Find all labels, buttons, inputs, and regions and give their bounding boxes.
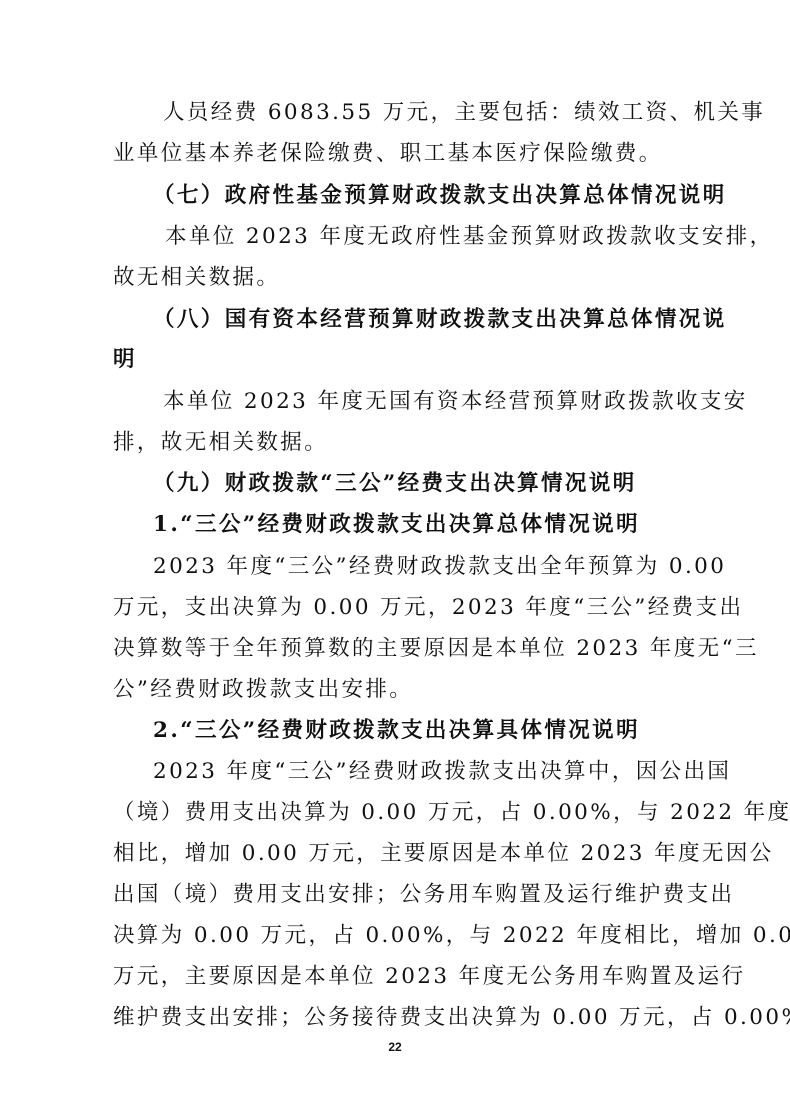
text-line: 万元，支出决算为 0.00 万元，2023 年度“三公”经费支出	[113, 594, 673, 622]
section-heading-line: （八）国有资本经营预算财政拨款支出决算总体情况说	[153, 306, 673, 334]
text-line: 决算数等于全年预算数的主要原因是本单位 2023 年度无“三	[113, 635, 673, 663]
text-line: 本单位 2023 年度无政府性基金预算财政拨款收支安排，	[165, 223, 673, 251]
text-line: （境）费用支出决算为 0.00 万元，占 0.00%，与 2022 年度	[113, 799, 673, 827]
text-line: 故无相关数据。	[113, 264, 673, 292]
text-line: 2023 年度“三公”经费财政拨款支出决算中，因公出国	[153, 758, 673, 786]
text-line: 排，故无相关数据。	[113, 429, 673, 457]
section-heading-line: 明	[113, 346, 673, 374]
text-line: 决算为 0.00 万元，占 0.00%，与 2022 年度相比，增加 0.00	[113, 922, 673, 950]
text-line: 本单位 2023 年度无国有资本经营预算财政拨款收支安	[163, 388, 673, 416]
text-line: 维护费支出安排；公务接待费支出决算为 0.00 万元，占 0.00%，	[113, 1004, 673, 1032]
text-line: 2023 年度“三公”经费财政拨款支出全年预算为 0.00	[153, 553, 673, 581]
text-line: 相比，增加 0.00 万元，主要原因是本单位 2023 年度无因公	[113, 840, 673, 868]
section-heading-line: （七）政府性基金预算财政拨款支出决算总体情况说明	[153, 182, 673, 210]
page-number: 22	[0, 1040, 790, 1054]
section-heading-line: （九）财政拨款“三公”经费支出决算情况说明	[153, 470, 673, 498]
section-heading-line: 1.“三公”经费财政拨款支出决算总体情况说明	[153, 511, 673, 539]
text-line: 万元，主要原因是本单位 2023 年度无公务用车购置及运行	[113, 963, 673, 991]
text-line: 人员经费 6083.55 万元，主要包括：绩效工资、机关事	[163, 99, 673, 127]
text-line: 公”经费财政拨款支出安排。	[113, 676, 673, 704]
section-heading-line: 2.“三公”经费财政拨款支出决算具体情况说明	[153, 717, 673, 745]
text-line: 业单位基本养老保险缴费、职工基本医疗保险缴费。	[113, 140, 673, 168]
document-page: 人员经费 6083.55 万元，主要包括：绩效工资、机关事业单位基本养老保险缴费…	[0, 0, 790, 1115]
text-line: 出国（境）费用支出安排；公务用车购置及运行维护费支出	[113, 881, 673, 909]
